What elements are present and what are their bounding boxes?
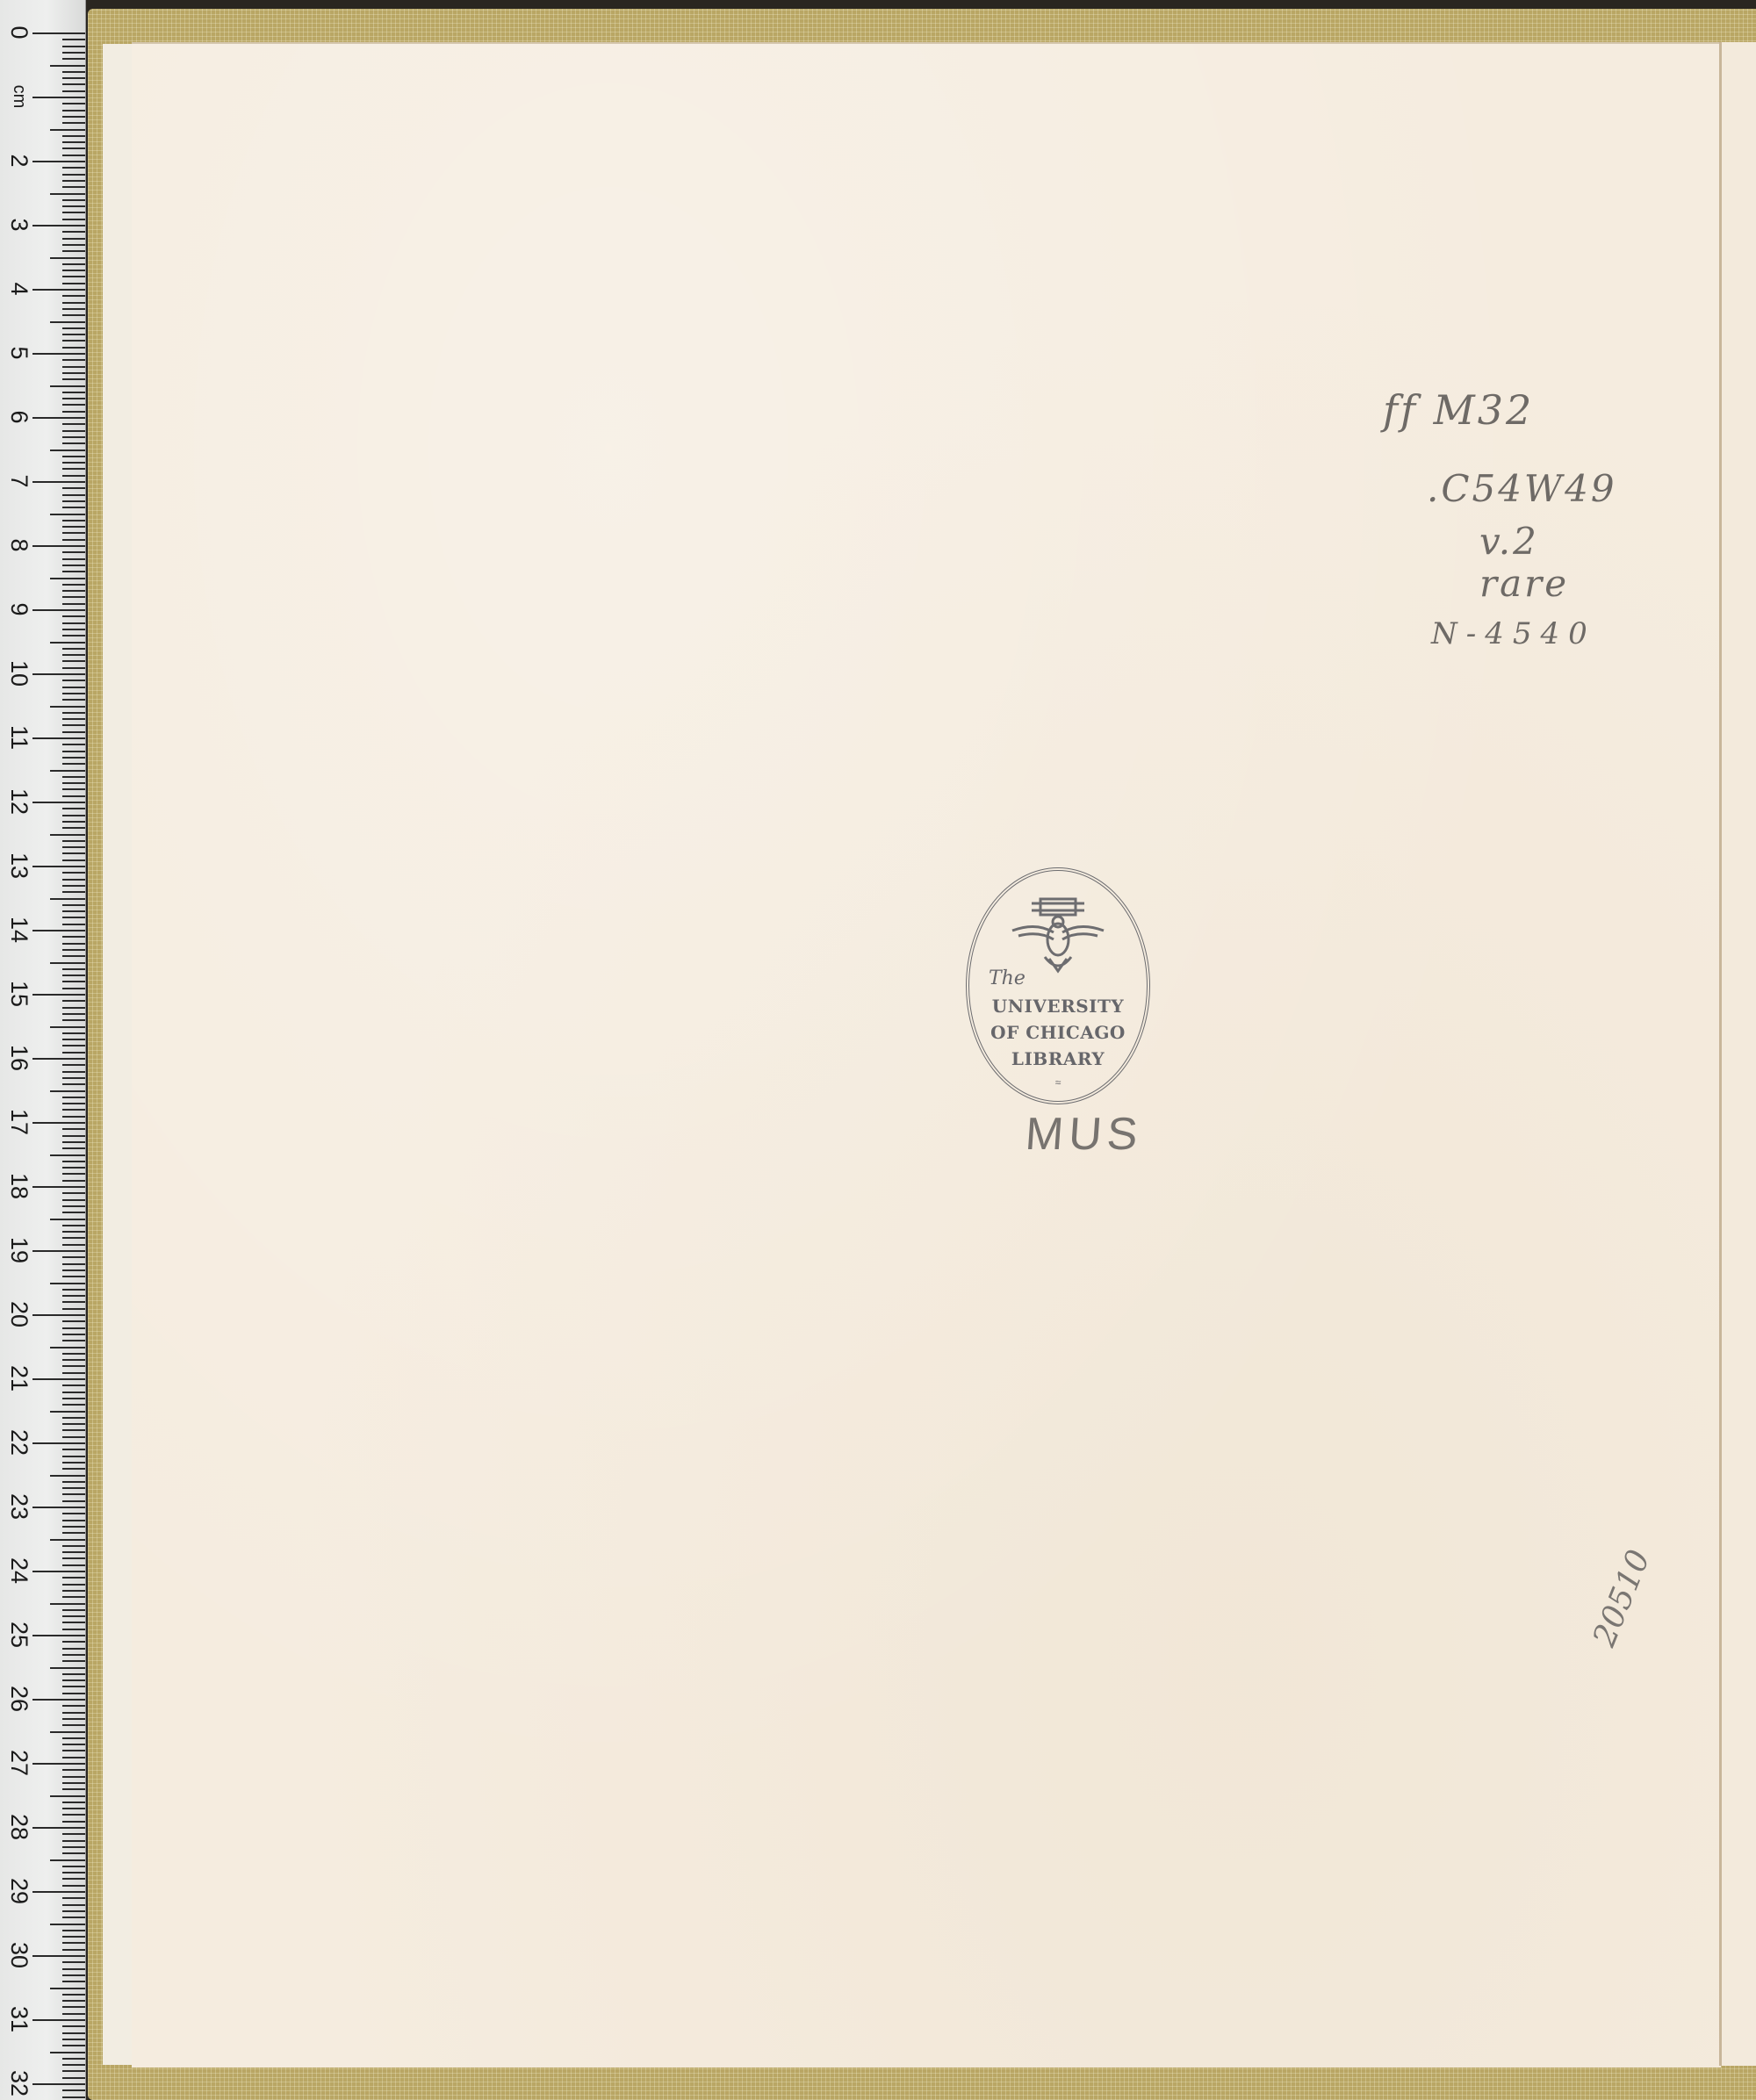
ruler-tick xyxy=(62,212,85,213)
ruler-tick xyxy=(62,629,85,630)
ruler-tick xyxy=(50,129,85,131)
ruler-tick xyxy=(62,2006,85,2008)
ruler-tick xyxy=(62,1173,85,1175)
ruler-tick xyxy=(62,155,85,156)
ruler-tick xyxy=(32,1314,85,1316)
ruler-number: 9 xyxy=(6,592,32,627)
ruler-tick xyxy=(62,917,85,918)
ruler-number: 24 xyxy=(6,1553,32,1588)
ruler-number: 14 xyxy=(6,912,32,947)
ruler-tick xyxy=(50,1090,85,1092)
ruler-tick xyxy=(50,1539,85,1541)
ruler-tick xyxy=(62,1769,85,1771)
ruler-tick xyxy=(62,295,85,297)
ruler-number: 19 xyxy=(6,1233,32,1268)
ruler-tick xyxy=(62,468,85,470)
ruler-tick xyxy=(62,1404,85,1406)
ruler-tick xyxy=(62,1231,85,1233)
ruler-tick xyxy=(62,2064,85,2066)
ruler-tick xyxy=(62,1852,85,1854)
ruler-tick xyxy=(62,2045,85,2046)
ruler-tick xyxy=(62,46,85,47)
ruler-number: 4 xyxy=(6,271,32,306)
stamp-line-library: LIBRARY xyxy=(969,1048,1147,1069)
ruler-tick xyxy=(62,1192,85,1194)
ruler-tick xyxy=(32,1250,85,1252)
ruler-tick xyxy=(62,1083,85,1085)
ruler-number: 11 xyxy=(6,720,32,755)
ruler-tick xyxy=(62,1622,85,1623)
ruler-tick xyxy=(50,65,85,67)
ruler-tick xyxy=(62,398,85,399)
ruler-tick xyxy=(62,1141,85,1143)
ruler-tick xyxy=(62,590,85,592)
ruler-tick xyxy=(32,1827,85,1829)
ruler-tick xyxy=(62,885,85,887)
ruler-tick xyxy=(62,981,85,982)
ruler-tick xyxy=(62,558,85,560)
ruler-tick xyxy=(62,1135,85,1137)
ruler-tick xyxy=(62,436,85,438)
ruler-tick xyxy=(62,487,85,489)
ruler-tick xyxy=(62,1199,85,1201)
ruler-tick xyxy=(62,1673,85,1675)
ruler-tick xyxy=(50,385,85,387)
call-number-line-4: rare xyxy=(1479,562,1569,605)
ruler-tick xyxy=(50,1219,85,1220)
ruler-tick xyxy=(62,2000,85,2002)
ruler-tick xyxy=(62,565,85,566)
ruler-tick xyxy=(62,372,85,374)
phoenix-emblem-icon xyxy=(1005,895,1111,974)
ruler-number: 0 xyxy=(6,15,32,50)
ruler-tick xyxy=(62,1693,85,1694)
library-ownership-stamp: The UNIVERSITY OF CHICAGO LIBRARY ≈ xyxy=(966,867,1150,1104)
ruler-tick xyxy=(62,1039,85,1040)
ruler-tick xyxy=(62,1045,85,1046)
ruler-tick xyxy=(62,1161,85,1162)
ruler-tick xyxy=(50,1731,85,1733)
ruler-tick xyxy=(62,1019,85,1021)
ruler-tick xyxy=(62,1513,85,1514)
ruler-tick xyxy=(62,757,85,759)
ruler-tick xyxy=(62,1481,85,1483)
ruler-tick xyxy=(50,1603,85,1605)
ruler-tick xyxy=(62,751,85,752)
ruler-tick xyxy=(62,872,85,874)
ruler-tick xyxy=(62,186,85,188)
ruler-tick xyxy=(62,442,85,444)
ruler-tick xyxy=(62,596,85,598)
ruler-tick xyxy=(62,71,85,73)
ruler-tick xyxy=(62,795,85,797)
ruler-tick xyxy=(50,1154,85,1156)
ruler-tick xyxy=(62,1577,85,1579)
ruler-tick xyxy=(62,924,85,925)
ruler-number: 29 xyxy=(6,1873,32,1909)
ruler-tick xyxy=(62,1961,85,1963)
ruler-tick xyxy=(32,225,85,227)
ruler-tick xyxy=(62,1180,85,1182)
ruler-number: 23 xyxy=(6,1489,32,1524)
ruler-tick xyxy=(50,321,85,323)
ruler-tick xyxy=(62,859,85,861)
ruler-tick xyxy=(62,1052,85,1054)
ruler-tick xyxy=(62,910,85,912)
ruler-tick xyxy=(62,949,85,951)
ruler-tick xyxy=(62,1301,85,1303)
ruler-tick xyxy=(62,1462,85,1464)
ruler-number: 28 xyxy=(6,1809,32,1845)
ruler-tick xyxy=(62,1384,85,1386)
ruler-tick xyxy=(62,1493,85,1495)
ruler-tick xyxy=(62,904,85,906)
ruler-tick xyxy=(62,520,85,521)
ruler-tick xyxy=(62,135,85,137)
ruler-tick xyxy=(62,1885,85,1887)
ruler-tick xyxy=(62,1641,85,1643)
ruler-tick xyxy=(62,1295,85,1297)
ruler-tick xyxy=(62,231,85,233)
ruler-tick xyxy=(50,834,85,836)
ruler-tick xyxy=(62,302,85,304)
ruler-tick xyxy=(62,1436,85,1438)
ruler-tick xyxy=(62,1564,85,1566)
ruler-tick xyxy=(62,974,85,976)
ruler-tick xyxy=(62,1520,85,1521)
ruler-number: 15 xyxy=(6,976,32,1011)
ruler-number: 20 xyxy=(6,1297,32,1332)
ruler-tick xyxy=(32,97,85,98)
ruler-tick xyxy=(62,1103,85,1104)
ruler-tick xyxy=(50,1347,85,1348)
ruler-tick xyxy=(62,660,85,662)
ruler-tick xyxy=(62,116,85,118)
ruler-tick xyxy=(62,1167,85,1169)
ruler-tick xyxy=(62,1526,85,1528)
ruler-tick xyxy=(62,494,85,496)
ruler-tick xyxy=(32,289,85,291)
ruler-tick xyxy=(62,1866,85,1867)
ruler-tick xyxy=(62,1808,85,1809)
ruler-tick xyxy=(50,449,85,451)
ruler-tick xyxy=(62,1949,85,1951)
ruler-tick xyxy=(62,1590,85,1592)
ruler-tick xyxy=(32,2019,85,2021)
ruler-tick xyxy=(62,141,85,143)
ruler-tick xyxy=(50,1475,85,1477)
ruler-tick xyxy=(62,1744,85,1745)
ruler-tick xyxy=(32,353,85,355)
ruler-tick xyxy=(62,1269,85,1271)
ruler-tick xyxy=(62,2058,85,2060)
ruler-tick xyxy=(62,1936,85,1938)
ruler-tick xyxy=(62,808,85,809)
ruler-tick xyxy=(62,968,85,970)
ruler-number: 8 xyxy=(6,528,32,563)
call-number-line-2: .C54W49 xyxy=(1427,467,1617,510)
ruler-tick xyxy=(62,1212,85,1213)
ruler-tick xyxy=(62,1705,85,1707)
ruler-tick xyxy=(62,1276,85,1277)
call-number-line-1: ff M32 xyxy=(1383,386,1534,434)
ruler-tick xyxy=(50,1795,85,1797)
ruler-tick xyxy=(32,802,85,803)
ruler-tick xyxy=(32,609,85,611)
ruler-tick xyxy=(62,270,85,271)
ruler-tick xyxy=(62,2077,85,2079)
ruler-tick xyxy=(62,314,85,316)
ruler-tick xyxy=(50,514,85,515)
ruler-tick xyxy=(62,1930,85,1931)
ruler-tick xyxy=(50,962,85,964)
ruler-tick xyxy=(62,1327,85,1329)
adjacent-page-edge xyxy=(1719,42,1756,2066)
ruler-tick xyxy=(62,1782,85,1784)
ruler-tick xyxy=(62,1417,85,1419)
ruler-number: 25 xyxy=(6,1617,32,1652)
ruler-tick xyxy=(62,1237,85,1239)
ruler-tick xyxy=(32,1058,85,1060)
ruler-tick xyxy=(62,1788,85,1790)
ruler-tick xyxy=(62,1244,85,1246)
ruler-tick xyxy=(62,122,85,124)
ruler-tick xyxy=(62,1615,85,1617)
ruler-tick xyxy=(62,1840,85,1842)
ruler-tick xyxy=(62,2013,85,2015)
ruler-tick xyxy=(62,1660,85,1662)
stamp-line-of-chicago: OF CHICAGO xyxy=(969,1022,1147,1043)
ruler-tick xyxy=(62,2096,85,2098)
ruler-tick xyxy=(62,699,85,701)
ruler-tick xyxy=(62,1878,85,1880)
ruler-number: 27 xyxy=(6,1745,32,1780)
ruler-tick xyxy=(62,879,85,881)
ruler-tick xyxy=(62,199,85,201)
ruler-tick xyxy=(62,263,85,265)
ruler-tick xyxy=(32,1186,85,1188)
ruler-tick xyxy=(62,423,85,425)
ruler-tick xyxy=(62,1500,85,1502)
call-number-line-5: N-4540 xyxy=(1431,616,1596,651)
ruler-tick xyxy=(62,763,85,765)
ruler-number: 21 xyxy=(6,1361,32,1396)
ruler-tick xyxy=(62,1097,85,1098)
ruler-tick xyxy=(50,1283,85,1284)
ruler-tick xyxy=(62,718,85,720)
ruler-tick xyxy=(32,1955,85,1957)
ruler-tick xyxy=(62,827,85,829)
ruler-tick xyxy=(32,32,85,34)
ruler-tick xyxy=(62,52,85,54)
ruler-tick xyxy=(62,821,85,823)
ruler-tick xyxy=(62,2032,85,2034)
ruler-tick xyxy=(62,1904,85,1906)
ruler-tick xyxy=(50,1859,85,1861)
ruler-tick xyxy=(62,308,85,310)
ruler-tick xyxy=(62,58,85,60)
ruler-tick xyxy=(50,257,85,259)
ruler-tick xyxy=(50,1988,85,1989)
ruler-tick xyxy=(62,334,85,335)
ruler-tick xyxy=(62,622,85,624)
measurement-ruler: 0cm2345678910111213141516171819202122232… xyxy=(0,0,86,2100)
ruler-tick xyxy=(50,642,85,644)
ruler-number: 32 xyxy=(6,2066,32,2100)
ruler-tick xyxy=(62,852,85,854)
ruler-tick xyxy=(62,1629,85,1630)
ruler-number: 5 xyxy=(6,335,32,370)
ruler-tick xyxy=(62,1398,85,1399)
ruler-tick xyxy=(62,1584,85,1586)
ruler-tick xyxy=(62,1724,85,1726)
ruler-tick xyxy=(62,815,85,816)
ruler-number: 17 xyxy=(6,1104,32,1140)
ruler-tick xyxy=(62,1981,85,1982)
ruler-tick xyxy=(32,1122,85,1124)
ruler-number: 6 xyxy=(6,399,32,435)
ruler-tick xyxy=(62,180,85,182)
ruler-tick xyxy=(62,110,85,111)
ruler-tick xyxy=(62,551,85,553)
ruler-tick xyxy=(62,615,85,617)
ruler-tick xyxy=(62,603,85,605)
ruler-number: 31 xyxy=(6,2002,32,2037)
ruler-number: 7 xyxy=(6,464,32,499)
ruler-tick xyxy=(62,1487,85,1489)
ruler-number: 16 xyxy=(6,1040,32,1075)
ruler-tick xyxy=(62,366,85,368)
stamp-ornament: ≈ xyxy=(1055,1076,1062,1089)
ruler-tick xyxy=(62,1007,85,1009)
ruler-tick xyxy=(62,1077,85,1079)
ruler-tick xyxy=(32,994,85,996)
ruler-tick xyxy=(32,1442,85,1444)
ruler-tick xyxy=(62,724,85,726)
ruler-tick xyxy=(62,1263,85,1265)
ruler-tick xyxy=(50,706,85,708)
ruler-tick xyxy=(62,1308,85,1310)
ruler-tick xyxy=(62,1802,85,1803)
ruler-tick xyxy=(62,77,85,79)
ruler-tick xyxy=(32,1378,85,1380)
ruler-tick xyxy=(62,840,85,842)
ruler-tick xyxy=(62,1917,85,1918)
ruler-tick xyxy=(62,1532,85,1534)
ruler-tick xyxy=(62,1910,85,1912)
ruler-number: 30 xyxy=(6,1938,32,1973)
ruler-tick xyxy=(62,526,85,528)
ruler-tick xyxy=(62,1750,85,1751)
ruler-tick xyxy=(62,1064,85,1066)
ruler-tick xyxy=(62,1679,85,1681)
ruler-tick xyxy=(32,866,85,867)
ruler-tick xyxy=(50,898,85,900)
ruler-tick xyxy=(62,1557,85,1559)
ruler-tick xyxy=(62,1013,85,1015)
ruler-tick xyxy=(32,737,85,739)
ruler-tick xyxy=(62,584,85,586)
ruler-tick xyxy=(62,955,85,957)
ruler-tick xyxy=(32,161,85,162)
ruler-tick xyxy=(62,776,85,778)
ruler-tick xyxy=(62,1392,85,1393)
book-page xyxy=(132,42,1721,2068)
ruler-number: 3 xyxy=(6,207,32,242)
ruler-tick xyxy=(62,219,85,220)
ruler-tick xyxy=(62,1551,85,1553)
ruler-tick xyxy=(62,1833,85,1835)
ruler-tick xyxy=(62,411,85,413)
ruler-tick xyxy=(32,481,85,483)
ruler-tick xyxy=(62,430,85,432)
ruler-tick xyxy=(62,1942,85,1944)
ruler-tick xyxy=(62,1320,85,1322)
ruler-tick xyxy=(62,83,85,85)
ruler-tick xyxy=(62,1468,85,1470)
call-number-line-3: v.2 xyxy=(1479,520,1539,563)
ruler-tick xyxy=(62,1545,85,1547)
ruler-tick xyxy=(62,648,85,650)
ruler-tick xyxy=(62,846,85,848)
ruler-tick xyxy=(62,103,85,104)
ruler-tick xyxy=(62,891,85,893)
ruler-number: 10 xyxy=(6,656,32,691)
ruler-tick xyxy=(32,1507,85,1508)
ruler-tick xyxy=(32,1891,85,1893)
ruler-tick xyxy=(62,1359,85,1361)
ruler-tick xyxy=(62,1968,85,1970)
ruler-tick xyxy=(62,1757,85,1758)
ruler-tick xyxy=(32,545,85,547)
ruler-tick xyxy=(62,1116,85,1118)
ruler-tick xyxy=(50,1411,85,1413)
ruler-tick xyxy=(62,327,85,329)
ruler-tick xyxy=(32,1699,85,1701)
ruler-tick xyxy=(62,1147,85,1149)
ruler-number: 2 xyxy=(6,143,32,178)
ruler-tick xyxy=(62,1821,85,1823)
ruler-tick xyxy=(62,988,85,989)
ruler-tick xyxy=(62,712,85,714)
ruler-tick xyxy=(62,2070,85,2072)
location-note: MUS xyxy=(1024,1108,1145,1161)
stamp-the: The xyxy=(989,967,1026,989)
ruler-tick xyxy=(50,2052,85,2053)
ruler-tick xyxy=(62,788,85,790)
ruler-tick xyxy=(62,90,85,92)
ruler-tick xyxy=(62,1128,85,1130)
ruler-tick xyxy=(62,1456,85,1457)
ruler-tick xyxy=(62,1449,85,1450)
ruler-tick xyxy=(62,2089,85,2091)
ruler-tick xyxy=(62,693,85,694)
ruler-tick xyxy=(32,1763,85,1765)
ruler-tick xyxy=(62,1032,85,1034)
ruler-tick xyxy=(62,571,85,572)
ruler-tick xyxy=(62,1000,85,1002)
ruler-tick xyxy=(32,1635,85,1636)
ruler-tick xyxy=(62,1340,85,1341)
ruler-tick xyxy=(62,532,85,534)
ruler-tick xyxy=(62,1897,85,1899)
ruler-tick xyxy=(62,205,85,207)
ruler-tick xyxy=(62,1712,85,1714)
ruler-tick xyxy=(62,667,85,669)
ruler-tick xyxy=(62,167,85,169)
ruler-tick xyxy=(62,539,85,541)
ruler-tick xyxy=(62,1596,85,1598)
